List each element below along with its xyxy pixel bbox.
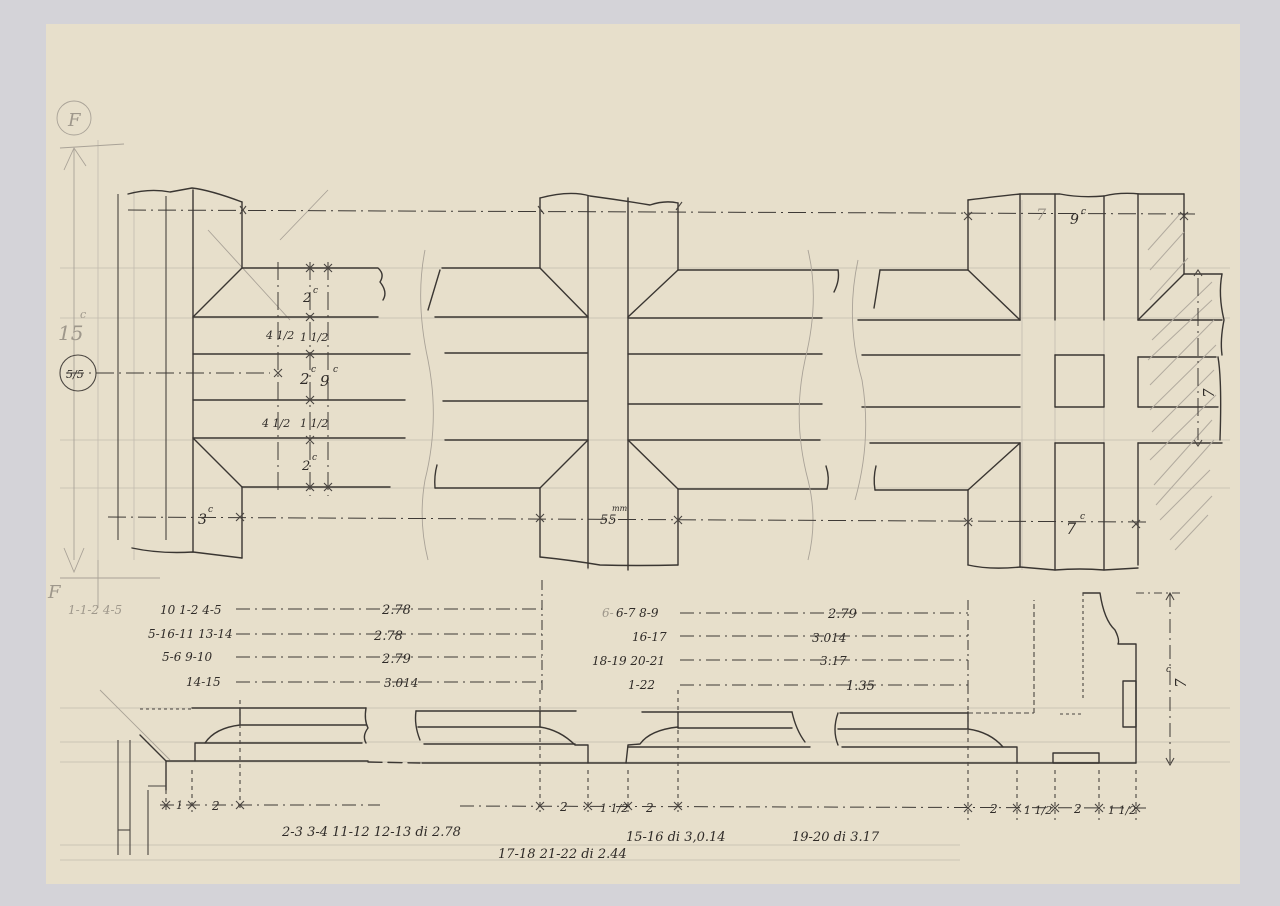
svg-text:7: 7 (1036, 205, 1047, 224)
svg-text:4 1/2: 4 1/2 (261, 417, 290, 430)
svg-text:5-16-11 13-14: 5-16-11 13-14 (148, 627, 233, 641)
svg-text:7: 7 (1200, 388, 1218, 398)
svg-text:c: c (311, 365, 316, 375)
svg-text:2.79: 2.79 (827, 607, 857, 622)
svg-text:16-17: 16-17 (632, 630, 667, 644)
svg-text:15: 15 (58, 321, 83, 345)
svg-text:2: 2 (645, 801, 654, 815)
svg-text:2: 2 (301, 459, 310, 474)
svg-text:3.014: 3.014 (812, 631, 846, 645)
svg-text:5/5: 5/5 (66, 368, 84, 381)
svg-text:1-22: 1-22 (628, 678, 655, 692)
note-line-1b: 15-16 di 3,0.14 (626, 830, 726, 845)
svg-text:F: F (67, 110, 82, 131)
svg-text:c: c (208, 505, 213, 515)
svg-text:2.79: 2.79 (381, 652, 411, 667)
architectural-drawing: F F 15 c 5/5 (0, 0, 1280, 906)
svg-text:7: 7 (1066, 519, 1077, 538)
svg-text:1.35: 1.35 (846, 679, 875, 694)
svg-text:1 1/2: 1 1/2 (1024, 804, 1052, 817)
svg-text:c: c (333, 365, 338, 375)
svg-text:1 1/2: 1 1/2 (600, 802, 628, 815)
svg-text:3: 3 (198, 512, 207, 528)
svg-text:5-6 9-10: 5-6 9-10 (162, 650, 212, 664)
svg-text:1 1/2: 1 1/2 (300, 417, 328, 430)
section-marker-bottom: F (47, 582, 62, 603)
svg-text:c: c (1166, 665, 1171, 675)
svg-text:14-15: 14-15 (186, 675, 221, 689)
svg-text:1: 1 (176, 799, 183, 812)
svg-text:2: 2 (211, 799, 220, 813)
note-line-1a: 2-3 3-4 11-12 12-13 di 2.78 (281, 825, 461, 840)
svg-text:2: 2 (559, 800, 568, 814)
svg-text:c: c (1081, 207, 1086, 217)
svg-text:55: 55 (600, 513, 617, 528)
svg-text:3.17: 3.17 (820, 654, 847, 668)
svg-text:3.014: 3.014 (384, 676, 418, 690)
svg-text:2.78: 2.78 (381, 603, 411, 618)
note-line-1c: 19-20 di 3.17 (792, 830, 880, 845)
svg-text:c: c (312, 453, 317, 463)
svg-text:2: 2 (302, 291, 311, 306)
note-line-2: 17-18 21-22 di 2.44 (498, 847, 627, 862)
svg-text:2.78: 2.78 (373, 629, 403, 644)
svg-text:4 1/2: 4 1/2 (265, 329, 294, 342)
svg-text:c: c (1080, 512, 1085, 522)
svg-text:c: c (80, 308, 86, 321)
svg-text:9: 9 (320, 372, 330, 390)
svg-text:c: c (313, 286, 318, 296)
svg-text:6-: 6- (602, 606, 614, 620)
svg-text:2: 2 (989, 802, 998, 816)
svg-text:mm: mm (612, 504, 628, 513)
svg-text:18-19 20-21: 18-19 20-21 (592, 654, 665, 668)
svg-text:7: 7 (1172, 678, 1190, 688)
svg-text:2: 2 (299, 370, 310, 388)
svg-text:6-7 8-9: 6-7 8-9 (616, 606, 659, 620)
svg-text:2: 2 (1073, 802, 1082, 816)
svg-text:1-1-2 4-5: 1-1-2 4-5 (68, 603, 122, 617)
svg-text:10 1-2 4-5: 10 1-2 4-5 (160, 603, 222, 617)
svg-text:1 1/2: 1 1/2 (300, 331, 328, 344)
svg-text:1 1/2: 1 1/2 (1108, 804, 1136, 817)
svg-text:9: 9 (1070, 212, 1079, 228)
